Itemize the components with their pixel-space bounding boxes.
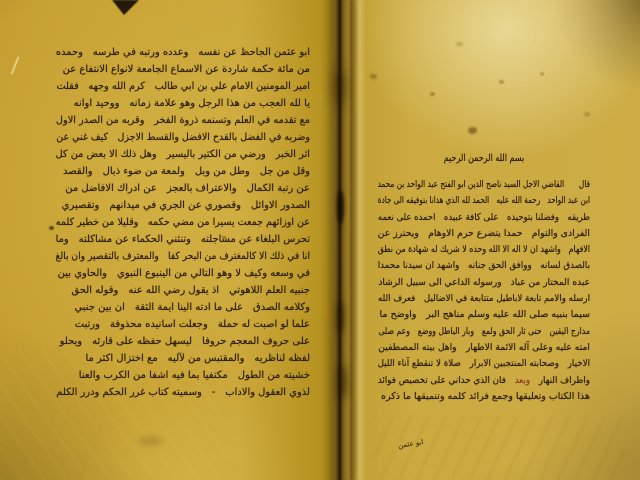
text-line: الاخيار وصحابته المنتجبين الابرار صلاة ل… [395,356,590,372]
text-line: الافهام واشهد ان لا اله الا الله وحده لا… [414,242,590,258]
text-line: مدارج اليقين حتى ثار الحق ولمع وبار البا… [417,324,590,340]
catchword: ابو عثمن [398,438,424,450]
foxing-spot [468,127,477,134]
text-line: من مائة حكمة شاردة عن الاسماع الجامعة لا… [56,61,310,78]
text-line: يا لله العجب من هذا الرجل وهو علامة زمان… [56,95,310,112]
text-line: انا في ذلك الا كالمغترف من البحر كفا وال… [78,248,310,265]
text-line: ابو عثمن الجاحظ عن نفسه وعدده ورتبه في ط… [58,44,310,61]
text-line: علما لو اصبت له حملة وجعلت اسانيده محذوف… [56,316,310,333]
foxing-spot [370,74,377,79]
text-line: امير المومنين الامام علي بن ابي طالب كرم… [64,78,310,95]
text-line: على حروف المعجم حروفا ليسهل حفظه على قار… [56,333,310,350]
text-line: امته عليه وعلى آله الائمة الاطهار واهل ب… [385,340,590,356]
foxing-spot [499,80,504,84]
text-line: جنبيه العلم اللاهوتي اذ يقول رضي الله عن… [56,282,310,299]
text-line: عبده المختار من عباد ورسوله الداعي الى س… [388,275,590,291]
text-line: مع تقدمه في العلم وتسنمه ذروة الفخر وقرب… [63,112,310,129]
text-line: ابن عبد الواحد رحمة الله عليه الحمد لله … [429,193,590,209]
text-line: الفرادى والتوام حمدا يتضرع حرم الاوهام و… [382,226,590,242]
foxing-spot [540,72,544,76]
background-gap [112,0,139,15]
page-edge [350,0,366,480]
text-line: لفظه لناظريه والمقتبس من لآليه مع اختزال… [56,350,310,367]
left-page: ابو عثمن الجاحظ عن نفسه وعدده ورتبه في ط… [0,0,344,480]
foxing-spot [430,92,435,96]
foxing-spot [456,42,463,46]
text-line: لذوي العقول والاداب - وسميته كتاب غرر ال… [58,384,310,401]
ink-fleck [49,226,54,230]
rubricated-word: وبعد [515,375,530,386]
text-line: عن اوزائهم جمعت يسيرا من مضي حكمه وقليلا… [67,214,310,231]
left-page-text: ابو عثمن الجاحظ عن نفسه وعدده ورتبه في ط… [56,44,310,401]
right-page: بسم الله الرحمن الرحيم قال القاضي الاجل … [344,0,640,480]
text-line: وقل من جل وطل من وبل ولمعة من ضوء ذبال و… [56,163,310,180]
stain [138,436,162,446]
basmala-header: بسم الله الرحمن الرحيم [399,153,569,164]
text-line: اثر الخبر ورضي من الكثير باليسير وهل ذلك… [61,146,310,163]
foxing-spot [584,112,590,117]
text-line: قال القاضي الاجل السيد ناصح الدين ابو ال… [426,177,590,193]
text-line: في وسعه وكيف لا وهو التالي من الينبوع ال… [56,265,310,282]
text-line: سيما بنبيه صلى الله عليه وسلم مناهج البر… [378,307,590,323]
text-line: عن رتبة الكمال والاعتراف بالعجز عن ادراك… [56,180,310,197]
text-line: ارسله والامم تابعة لاباطيل متتابعة في ال… [397,291,590,307]
text-line: بالصدق لسانه ووافق الحق جنانه واشهد ان س… [395,258,590,274]
text-line: الصدور الاوائل وقصوري عن الجري في ميدانه… [56,197,310,214]
right-page-text: قال القاضي الاجل السيد ناصح الدين ابو ال… [378,177,590,405]
paper-crease [374,416,624,480]
text-line: تحرس البلغاء عن مساجلته وتنثني الحكماء ع… [58,231,310,248]
text-line: وضربه في الفضل بالقدح الافضل والقسط الاج… [69,129,310,146]
text-line: خشيته من الطول مكتفيا بما فيه اشفا من ال… [56,367,310,384]
scratch-mark [11,56,20,74]
text-line: وكلامه الصدق على ما ادته الينا ايمة الثق… [56,299,310,316]
text-line: هذا الكتاب وتعليقها وجمع فرائد كلمه وتنم… [378,389,590,405]
text-line: واطراف النهار وبعد فان الذي حداني على تخ… [395,373,590,389]
manuscript-photo: ابو عثمن الجاحظ عن نفسه وعدده ورتبه في ط… [0,0,640,480]
text-line: طريقه وفضلنا بتوحيده على كافة عبيده احمد… [401,210,590,226]
